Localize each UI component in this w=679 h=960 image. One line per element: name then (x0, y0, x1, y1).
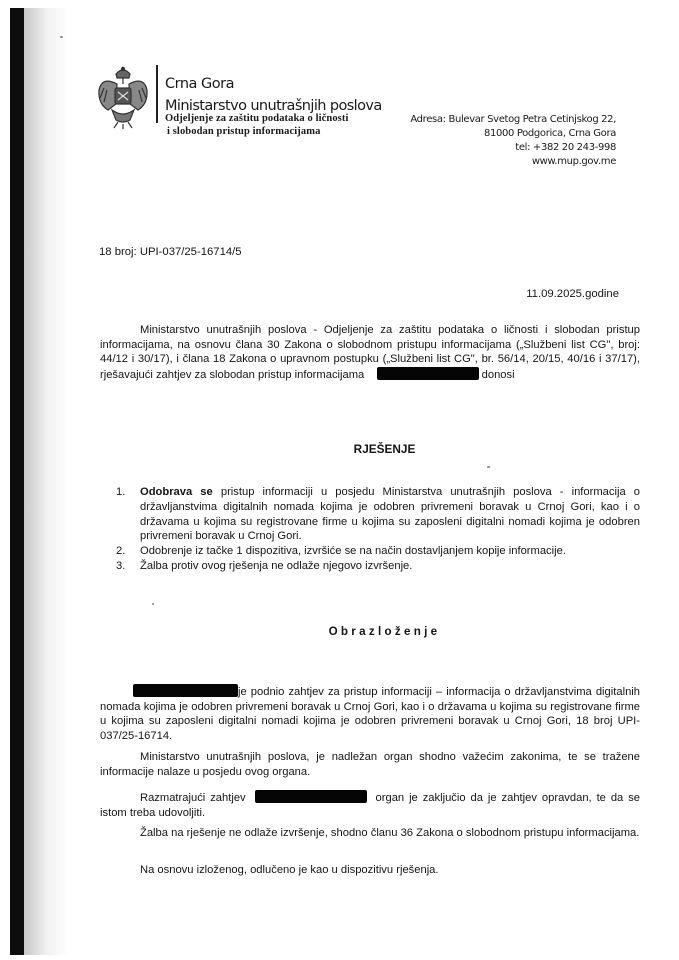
decision-item-body: pristup informaciji u posjedu Ministarst… (140, 486, 640, 542)
reasoning-paragraph-2: Ministarstvo unutrašnjih poslova, je nad… (100, 750, 640, 779)
decision-item-text: Odobrava se pristup informaciji u posjed… (140, 485, 640, 544)
reasoning-paragraph-4: Žalba na rješenje ne odlaže izvršenje, s… (100, 826, 640, 841)
scan-edge-gradient (24, 8, 69, 955)
reasoning-text: Razmatrajući zahtjev (140, 792, 246, 804)
decision-item-bold-lead: Odobrava se (140, 486, 213, 498)
document-date: 11.09.2025.godine (526, 288, 619, 300)
scan-speck (487, 466, 490, 468)
decision-item: 1. Odobrava se pristup informaciji u pos… (116, 485, 640, 544)
decision-item-number: 2. (116, 544, 140, 559)
decision-item-text: Odobrenje iz tačke 1 dispozitiva, izvrši… (140, 544, 640, 559)
reasoning-paragraph-5: Na osnovu izloženog, odlučeno je kao u d… (100, 863, 640, 878)
intro-paragraph: Ministarstvo unutrašnjih poslova - Odjel… (100, 323, 640, 382)
reasoning-text: Ministarstvo unutrašnjih poslova, je nad… (100, 751, 640, 778)
reasoning-paragraph-1: je podnio zahtjev za pristup informaciji… (100, 684, 640, 743)
scan-speck (60, 36, 63, 38)
letterhead-divider (156, 65, 158, 123)
coat-of-arms-icon (96, 64, 150, 130)
redacted-applicant (255, 790, 367, 803)
decision-list: 1. Odobrava se pristup informaciji u pos… (116, 485, 640, 574)
redacted-name (377, 367, 479, 380)
reasoning-text: Žalba na rješenje ne odlaže izvršenje, s… (140, 827, 639, 839)
decision-item-text: Žalba protiv ovog rješenja ne odlaže nje… (140, 559, 640, 574)
address-block: Adresa: Bulevar Svetog Petra Cetinjskog … (410, 113, 616, 169)
reasoning-text: Na osnovu izloženog, odlučeno je kao u d… (140, 864, 439, 876)
reasoning-paragraph-3: Razmatrajući zahtjev organ je zaključio … (100, 790, 640, 820)
address-phone: tel: +382 20 243-998 (410, 141, 616, 155)
intro-text: Ministarstvo unutrašnjih poslova - Odjel… (100, 324, 640, 381)
redacted-applicant (133, 684, 238, 697)
decision-item-number: 1. (116, 485, 140, 544)
decision-item: 3. Žalba protiv ovog rješenja ne odlaže … (116, 559, 640, 574)
scan-edge-shadow (10, 8, 24, 955)
decision-heading: RJEŠENJE (45, 442, 679, 456)
intro-after-redaction: donosi (482, 369, 515, 381)
decision-item-number: 3. (116, 559, 140, 574)
reasoning-heading: Obrazloženje (45, 625, 679, 638)
department-name-line2: i slobodan pristup informacijama (167, 126, 320, 137)
address-city: 81000 Podgorica, Crna Gora (410, 127, 616, 141)
scan-speck (152, 603, 154, 605)
reference-number: 18 broj: UPI-037/25-16714/5 (99, 246, 242, 258)
decision-item: 2. Odobrenje iz tačke 1 dispozitiva, izv… (116, 544, 640, 559)
address-website: www.mup.gov.me (410, 155, 616, 169)
address-street: Adresa: Bulevar Svetog Petra Cetinjskog … (410, 113, 616, 127)
ministry-name: Ministarstvo unutrašnjih poslova (165, 98, 382, 114)
department-name-line1: Odjeljenje za zaštitu podataka o ličnost… (165, 113, 348, 124)
country-name: Crna Gora (165, 76, 234, 92)
